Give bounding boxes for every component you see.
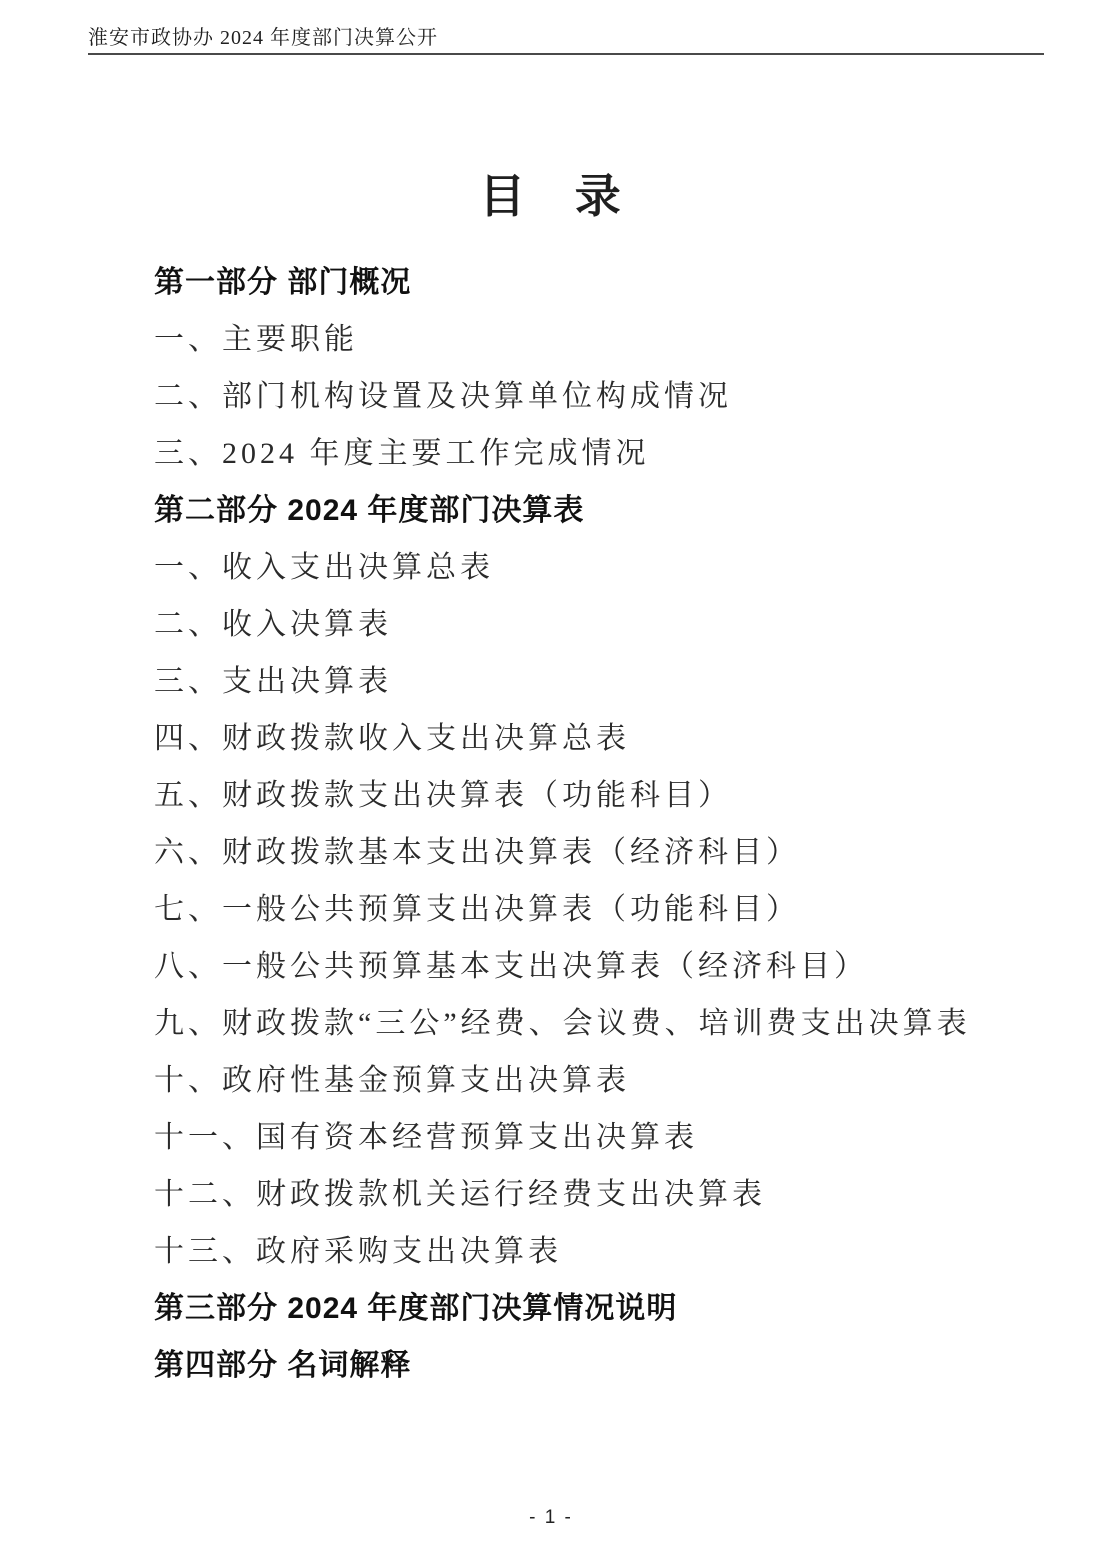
toc-item: 一、主要职能	[154, 311, 1062, 368]
toc-section-1-heading: 第一部分 部门概况	[154, 254, 1062, 311]
page-header: 淮安市政协办 2024 年度部门决算公开	[88, 26, 1044, 55]
toc-item: 一、收入支出决算总表	[154, 539, 1062, 596]
toc-item: 十、政府性基金预算支出决算表	[154, 1052, 1062, 1109]
toc-item: 十三、政府采购支出决算表	[154, 1223, 1062, 1280]
toc-item: 六、财政拨款基本支出决算表（经济科目）	[154, 824, 1062, 881]
toc-item: 八、一般公共预算基本支出决算表（经济科目）	[154, 938, 1062, 995]
toc-item: 二、收入决算表	[154, 596, 1062, 653]
toc-section-3-heading: 第三部分 2024 年度部门决算情况说明	[154, 1280, 1062, 1337]
toc-item: 十一、国有资本经营预算支出决算表	[154, 1109, 1062, 1166]
toc-item: 七、一般公共预算支出决算表（功能科目）	[154, 881, 1062, 938]
toc-item: 五、财政拨款支出决算表（功能科目）	[154, 767, 1062, 824]
page-title: 目 录	[0, 166, 1102, 228]
toc-item: 十二、财政拨款机关运行经费支出决算表	[154, 1166, 1062, 1223]
toc-item: 四、财政拨款收入支出决算总表	[154, 710, 1062, 767]
toc-section-4-heading: 第四部分 名词解释	[154, 1337, 1062, 1394]
toc-item: 三、支出决算表	[154, 653, 1062, 710]
toc-item: 三、2024 年度主要工作完成情况	[154, 425, 1062, 482]
table-of-contents: 第一部分 部门概况 一、主要职能 二、部门机构设置及决算单位构成情况 三、202…	[154, 254, 1062, 1394]
toc-item: 九、财政拨款“三公”经费、会议费、培训费支出决算表	[154, 995, 1062, 1052]
toc-section-2-heading: 第二部分 2024 年度部门决算表	[154, 482, 1062, 539]
page-number: - 1 -	[0, 1507, 1102, 1529]
document-page: 淮安市政协办 2024 年度部门决算公开 目 录 第一部分 部门概况 一、主要职…	[0, 0, 1102, 1559]
toc-item: 二、部门机构设置及决算单位构成情况	[154, 368, 1062, 425]
